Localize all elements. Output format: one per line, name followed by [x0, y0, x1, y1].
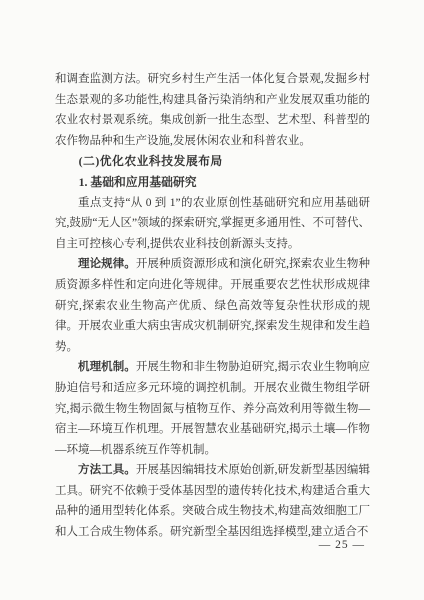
- subsection-heading: 1. 基础和应用基础研究: [55, 172, 370, 193]
- paragraph-theory: 理论规律。开展种质资源形成和演化研究,探索农业生物种质资源多样性和定向进化等规律…: [55, 254, 370, 357]
- document-page: 和调查监测方法。研究乡村生产生活一体化复合景观,发掘乡村生态景观的多功能性,构建…: [0, 0, 424, 600]
- section-heading: (二)优化农业科技发展布局: [55, 151, 370, 172]
- paragraph-theory-text: 开展种质资源形成和演化研究,探索农业生物种质资源多样性和定向进化等规律。开展重要…: [55, 258, 370, 352]
- paragraph-methods-lead: 方法工具。: [78, 464, 136, 476]
- paragraph-mechanism: 机理机制。开展生物和非生物胁迫研究,揭示农业生物响应胁迫信号和适应多元环境的调控…: [55, 357, 370, 460]
- paragraph-methods: 方法工具。开展基因编辑技术原始创新,研发新型基因编辑工具。研究不依赖于受体基因型…: [55, 460, 370, 542]
- text-block: 和调查监测方法。研究乡村生产生活一体化复合景观,发掘乡村生态景观的多功能性,构建…: [55, 69, 370, 543]
- paragraph-mechanism-text: 开展生物和非生物胁迫研究,揭示农业生物响应胁迫信号和适应多元环境的调控机制。开展…: [55, 361, 370, 455]
- paragraph-intro: 重点支持“从 0 到 1”的农业原创性基础研究和应用基础研究,鼓励“无人区”领域…: [55, 193, 370, 255]
- paragraph-theory-lead: 理论规律。: [78, 258, 136, 270]
- paragraph-mechanism-lead: 机理机制。: [78, 361, 136, 373]
- paragraph-continuation: 和调查监测方法。研究乡村生产生活一体化复合景观,发掘乡村生态景观的多功能性,构建…: [55, 69, 370, 151]
- page-number: — 25 —: [319, 537, 365, 553]
